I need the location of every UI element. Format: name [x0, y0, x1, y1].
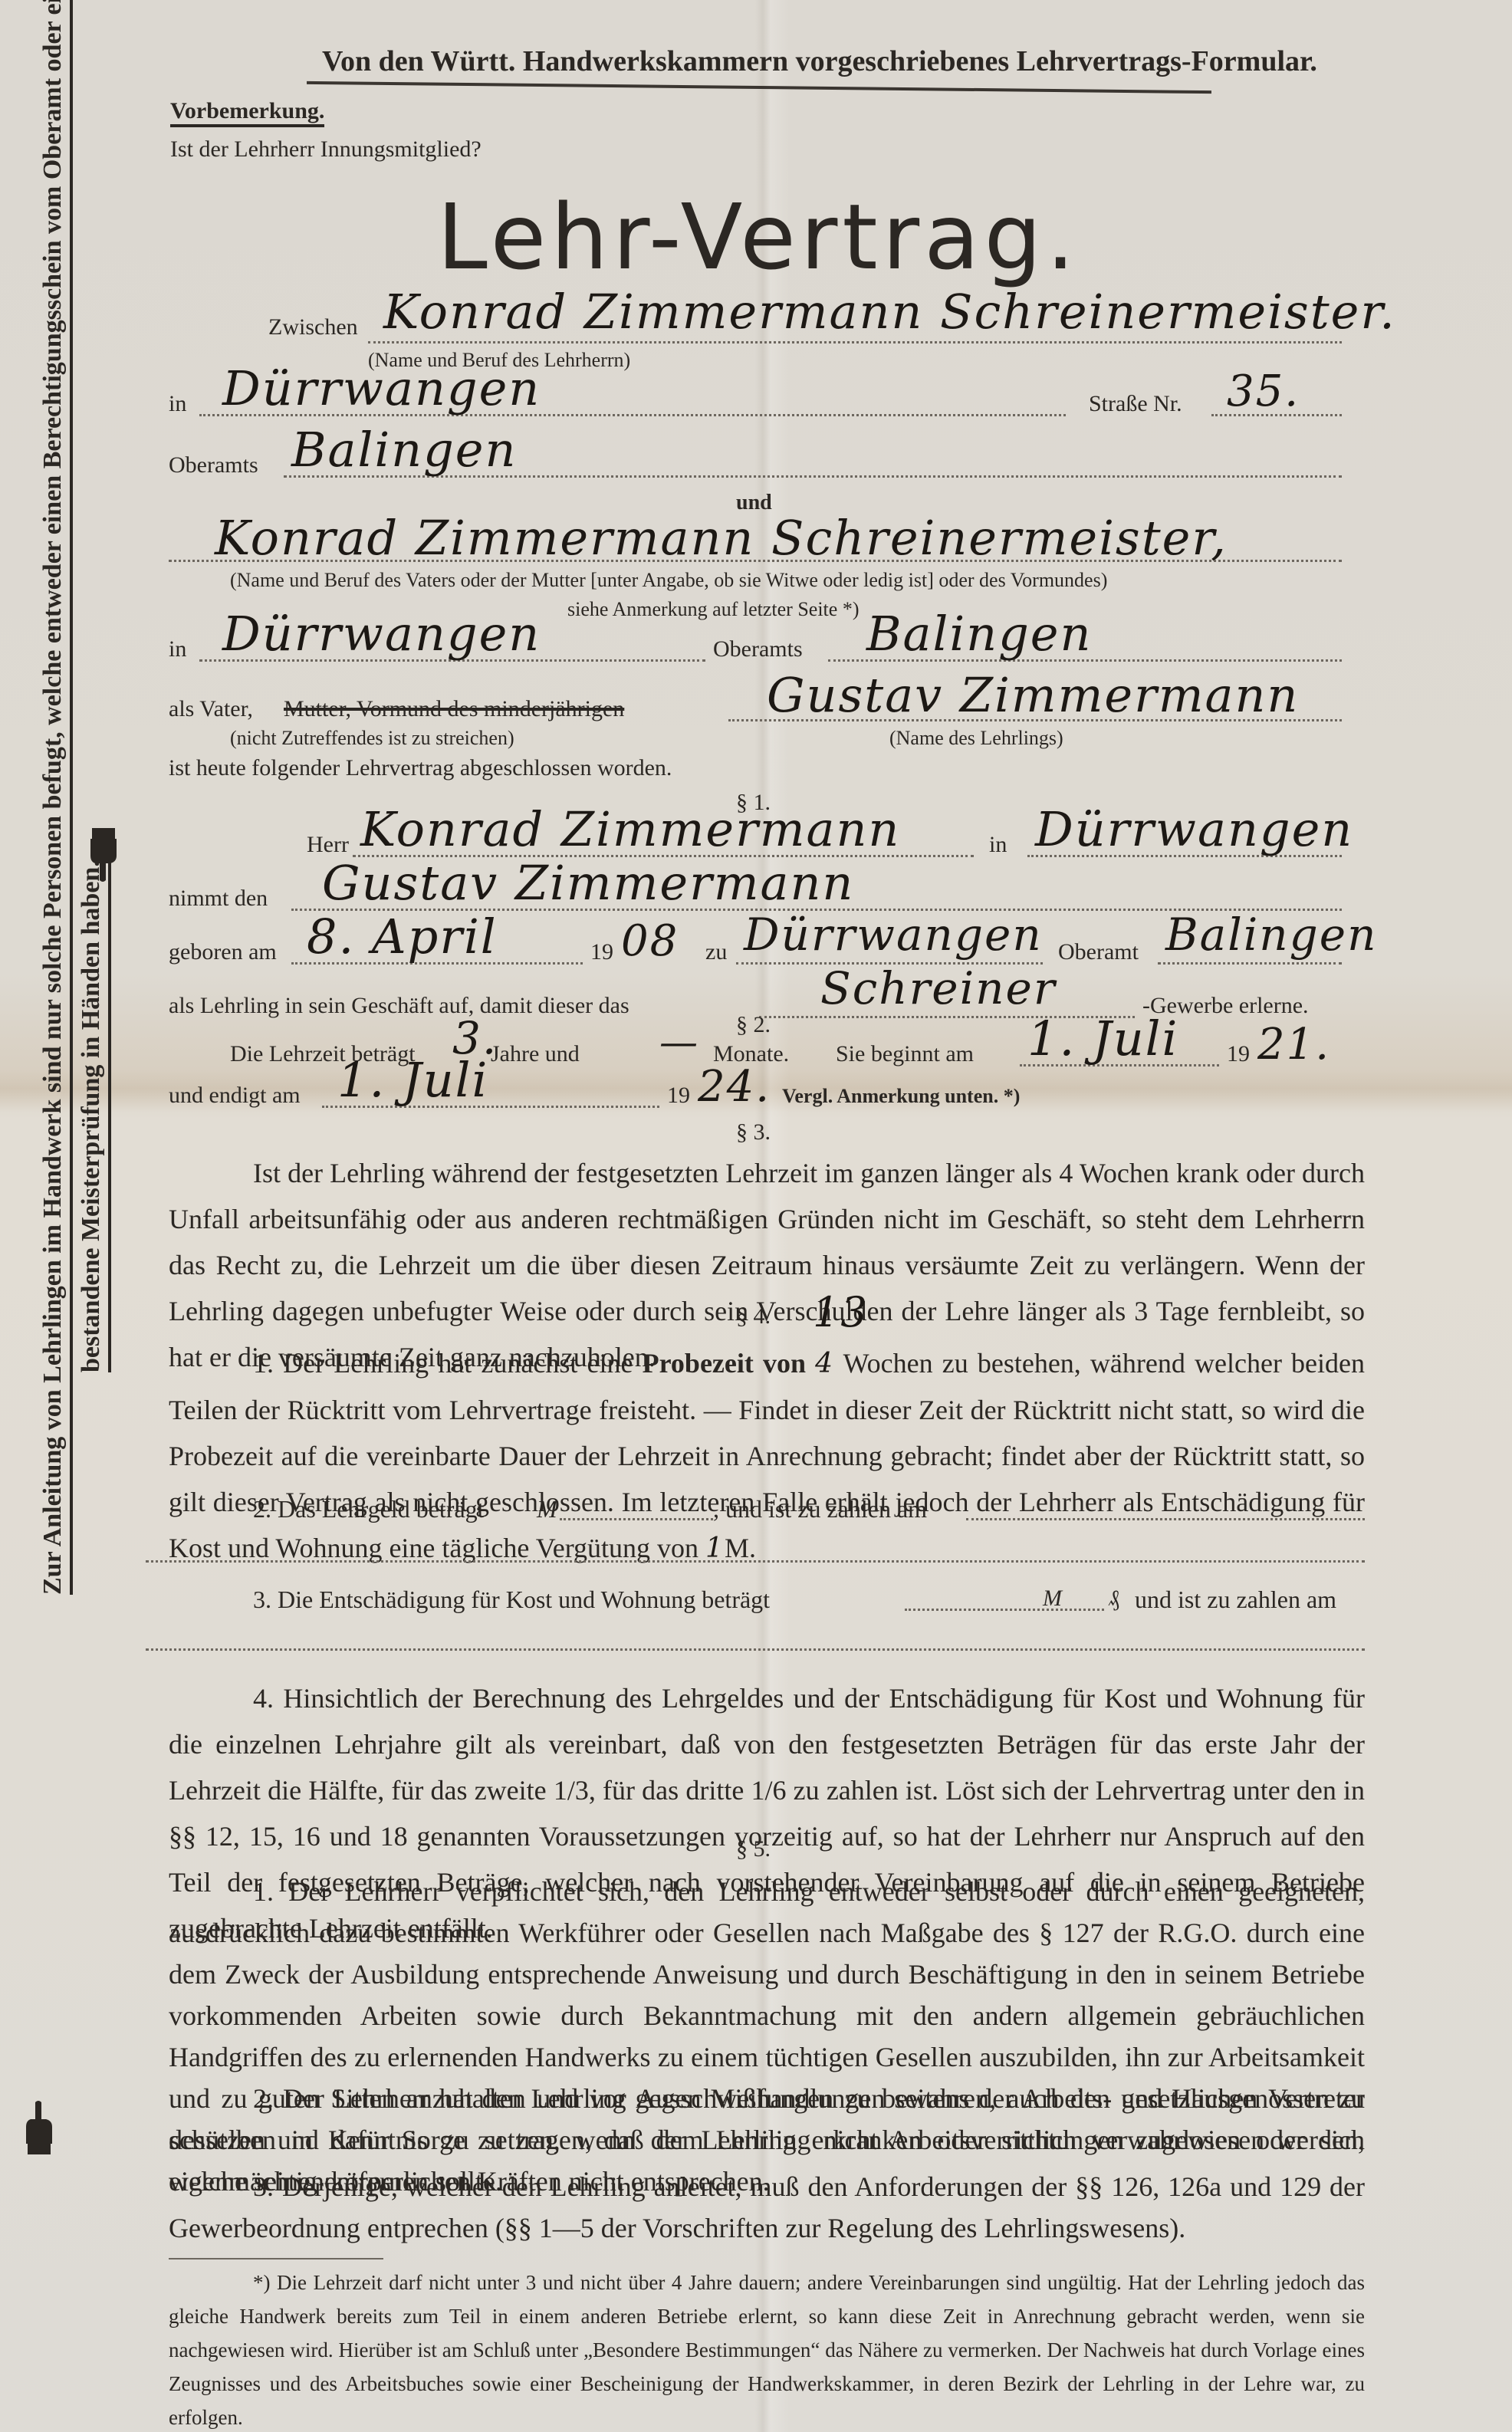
- years-label: Jahre und: [491, 1041, 580, 1067]
- herr-label: Herr: [307, 832, 349, 858]
- footnote-divider: [169, 2258, 383, 2259]
- margin-note-line1: Zur Anleitung von Lehrlingen im Handwerk…: [38, 0, 67, 1595]
- pointing-hand-icon: [21, 2101, 57, 2154]
- master-town-field[interactable]: Dürrwangen: [222, 360, 541, 416]
- struck-options: Mutter, Vormund des minderjährigen: [284, 696, 624, 722]
- board-label: 3. Die Entschädigung für Kost und Wohnun…: [253, 1586, 770, 1614]
- oberamts-label: Oberamts: [169, 452, 258, 478]
- apprentice-field[interactable]: Gustav Zimmermann: [322, 855, 854, 911]
- trade-prefix: als Lehrling in sein Geschäft auf, damit…: [169, 993, 629, 1019]
- section-4-margin-note: 13: [813, 1288, 869, 1336]
- concluded-text: ist heute folgender Lehrvertrag abgeschl…: [169, 755, 672, 781]
- margin-note-line2: bestandene Meisterprüfung in Händen habe…: [77, 860, 106, 1372]
- title-underline: [307, 81, 1211, 94]
- see-note: siehe Anmerkung auf letzter Seite *): [567, 598, 859, 621]
- street-number-field[interactable]: 35.: [1227, 366, 1300, 416]
- parent-name-field[interactable]: Konrad Zimmermann Schreinermeister,: [215, 510, 1228, 566]
- board-currency-m: M: [1043, 1586, 1062, 1612]
- trade-field[interactable]: Schreiner: [820, 962, 1057, 1014]
- footnote-text: *) Die Lehrzeit darf nicht unter 3 und n…: [169, 2266, 1365, 2432]
- begin-date-field[interactable]: 1. Juli: [1027, 1011, 1178, 1066]
- note-ref: Vergl. Anmerkung unten. *): [782, 1085, 1020, 1108]
- born-place-field[interactable]: Dürrwangen: [744, 909, 1043, 961]
- pointing-hand-icon: [86, 828, 121, 882]
- apprentice-caption: (Name des Lehrlings): [889, 727, 1063, 750]
- begin-year-field[interactable]: 21.: [1257, 1020, 1330, 1070]
- ends-label: und endigt am: [169, 1083, 301, 1109]
- parent-caption: (Name und Beruf des Vaters oder der Mutt…: [230, 569, 1107, 592]
- section-2-heading: § 2.: [736, 1012, 771, 1038]
- fee-currency: M: [537, 1495, 557, 1523]
- fee-due-label: , und ist zu zahlen am: [713, 1495, 927, 1523]
- end-year-prefix: 19: [667, 1083, 690, 1109]
- born-oberamt-label: Oberamt: [1058, 939, 1139, 965]
- section-3-heading: § 3.: [736, 1119, 771, 1145]
- apprentice-name-field[interactable]: Gustav Zimmermann: [767, 667, 1299, 723]
- begin-year-prefix: 19: [1227, 1041, 1250, 1067]
- zu-label: zu: [705, 939, 727, 965]
- born-year-field[interactable]: 08: [621, 916, 679, 966]
- begins-label: Sie beginnt am: [836, 1041, 974, 1067]
- daily-compensation-field[interactable]: 1: [705, 1533, 725, 1564]
- herr-town-field[interactable]: Dürrwangen: [1035, 801, 1353, 857]
- board-due-label: und ist zu zahlen am: [1135, 1586, 1336, 1614]
- parent-town-field[interactable]: Dürrwangen: [222, 606, 541, 662]
- zwischen-label: Zwischen: [268, 314, 358, 340]
- parent-oberamts-label: Oberamts: [713, 636, 803, 662]
- form-title: Von den Württ. Handwerkskammern vorgesch…: [322, 44, 1317, 78]
- board-currency-pf: ₰: [1108, 1586, 1119, 1612]
- master-district-field[interactable]: Balingen: [291, 422, 517, 478]
- months-field[interactable]: —: [659, 1020, 699, 1064]
- section-5-heading: § 5.: [736, 1836, 771, 1862]
- in-label: in: [169, 391, 186, 417]
- street-label: Straße Nr.: [1089, 391, 1182, 417]
- herr-in-label: in: [989, 832, 1007, 858]
- strike-caption: (nicht Zutreffendes ist zu streichen): [230, 727, 514, 750]
- end-year-field[interactable]: 24.: [698, 1062, 771, 1112]
- born-label: geboren am: [169, 939, 277, 965]
- herr-name-field[interactable]: Konrad Zimmermann: [360, 801, 900, 857]
- master-name-field[interactable]: Konrad Zimmermann Schreinermeister.: [383, 284, 1396, 340]
- parent-district-field[interactable]: Balingen: [866, 606, 1092, 662]
- section-4-heading: § 4.: [736, 1303, 771, 1329]
- parent-in-label: in: [169, 636, 186, 662]
- als-vater-label: als Vater,: [169, 696, 253, 722]
- nimmt-label: nimmt den: [169, 886, 268, 912]
- preliminary-question: Ist der Lehrherr Innungsmitglied?: [170, 136, 482, 163]
- born-date-field[interactable]: 8. April: [307, 909, 498, 965]
- fee-label: 2. Das Lehrgeld beträgt: [253, 1495, 485, 1523]
- section-5-p3: 3. Derjenige, welcher den Lehrling anlei…: [169, 2166, 1365, 2249]
- contract-page: Zur Anleitung von Lehrlingen im Handwerk…: [0, 0, 1512, 2432]
- preliminary-label: Vorbemerkung.: [170, 98, 324, 127]
- probation-weeks-field[interactable]: 4: [815, 1348, 834, 1379]
- born-year-prefix: 19: [590, 939, 613, 965]
- document-title: Lehr-Vertrag.: [437, 184, 1080, 290]
- end-date-field[interactable]: 1. Juli: [337, 1052, 488, 1108]
- section-4-p1: 1. Der Lehrling hat zunächst eine Probez…: [169, 1340, 1365, 1572]
- born-district-field[interactable]: Balingen: [1165, 909, 1377, 961]
